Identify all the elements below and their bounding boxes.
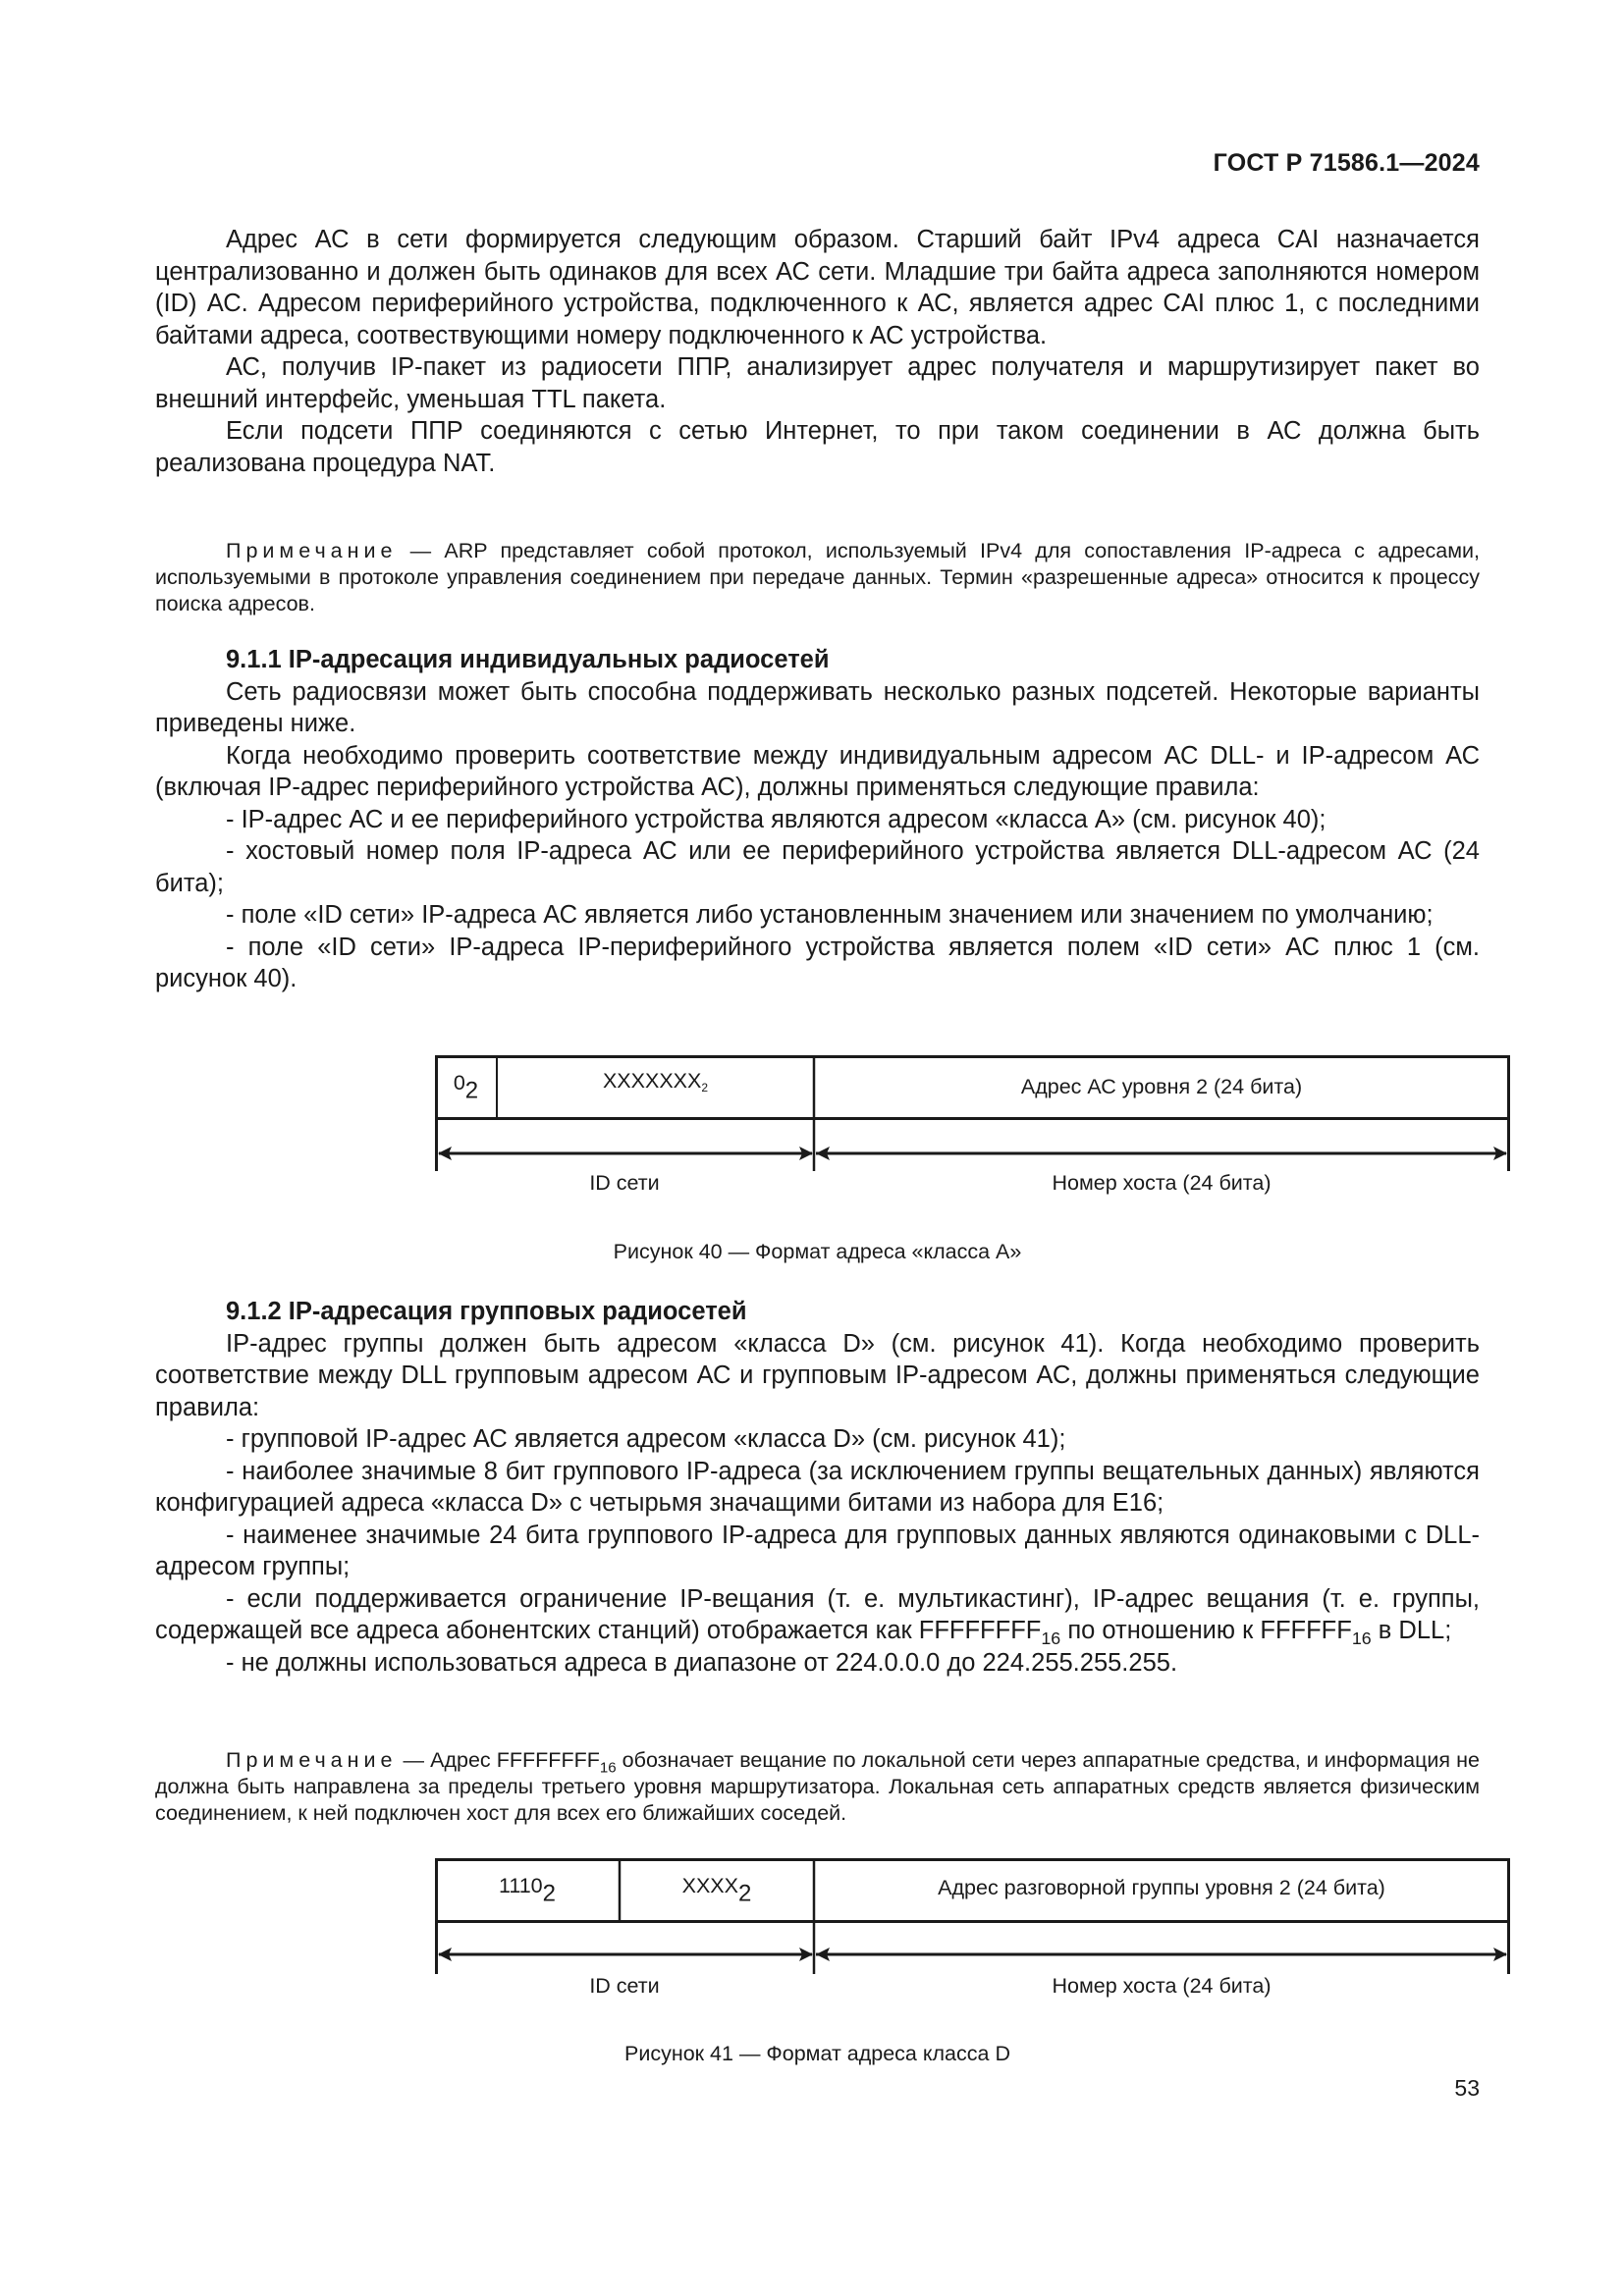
host-address-field: Адрес АС уровня 2 (24 бита)	[814, 1075, 1509, 1099]
page-number: 53	[1454, 2075, 1480, 2102]
talkgroup-address-field: Адрес разговорной группы уровня 2 (24 би…	[814, 1876, 1509, 1900]
rule-item: - не должны использоваться адреса в диап…	[155, 1647, 1480, 1680]
paragraph: Если подсети ППР соединяются с сетью Инт…	[155, 415, 1480, 479]
network-id-label: ID сети	[435, 1171, 814, 1196]
host-number-label: Номер хоста (24 бита)	[814, 1974, 1509, 1999]
network-id-label: ID сети	[435, 1974, 814, 1999]
standard-header: ГОСТ Р 71586.1—2024	[1214, 149, 1480, 178]
paragraph: Сеть радиосвязи может быть способна подд…	[155, 676, 1480, 740]
rule-item: - IP-адрес АС и ее периферийного устройс…	[155, 804, 1480, 836]
network-id-bits: XXXX2	[620, 1874, 814, 1898]
host-number-label: Номер хоста (24 бита)	[814, 1171, 1509, 1196]
note-arp: Примечание — ARP представляет собой прот…	[155, 538, 1480, 617]
figure-41-diagram: 11102 XXXX2 Адрес разговорной группы уро…	[435, 1858, 1510, 2015]
rule-item: - хостовый номер поля IP-адреса АС или е…	[155, 835, 1480, 899]
figure-41-caption: Рисунок 41 — Формат адреса класса D	[155, 2042, 1480, 2066]
section-heading: 9.1.1 IP-адресация индивидуальных радиос…	[155, 644, 1480, 676]
figure-40-caption: Рисунок 40 — Формат адреса «класса А»	[155, 1240, 1480, 1264]
rule-item: - если поддерживается ограничение IP-вещ…	[155, 1583, 1480, 1647]
paragraph: Адрес АС в сети формируется следующим об…	[155, 224, 1480, 351]
section-9-1-1: 9.1.1 IP-адресация индивидуальных радиос…	[155, 644, 1480, 995]
rule-item: - поле «ID сети» IP-адреса IP-периферийн…	[155, 932, 1480, 995]
rule-item: - наиболее значимые 8 бит группового IP-…	[155, 1456, 1480, 1520]
network-id-bits: XXXXXXX2	[497, 1069, 814, 1094]
rule-item: - групповой IP-адрес АС является адресом…	[155, 1423, 1480, 1456]
rule-item: - поле «ID сети» IP-адреса АС является л…	[155, 899, 1480, 932]
class-d-prefix-bits: 11102	[435, 1874, 620, 1898]
network-class-bit: 02	[435, 1071, 497, 1095]
paragraph: IP-адрес группы должен быть адресом «кла…	[155, 1328, 1480, 1424]
rule-item: - наименее значимые 24 бита группового I…	[155, 1520, 1480, 1583]
section-9-1-2: 9.1.2 IP-адресация групповых радиосетей …	[155, 1296, 1480, 1679]
note-label: Примечание	[226, 539, 397, 562]
note-label: Примечание	[226, 1748, 397, 1772]
figure-40-diagram: 02 XXXXXXX2 Адрес АС уровня 2 (24 бита) …	[435, 1055, 1510, 1212]
paragraph: Когда необходимо проверить соответствие …	[155, 740, 1480, 804]
note-broadcast: Примечание — Адрес FFFFFFFF16 обозначает…	[155, 1747, 1480, 1827]
paragraph: АС, получив IP-пакет из радиосети ППР, а…	[155, 351, 1480, 415]
section-heading: 9.1.2 IP-адресация групповых радиосетей	[155, 1296, 1480, 1328]
intro-section: Адрес АС в сети формируется следующим об…	[155, 224, 1480, 479]
